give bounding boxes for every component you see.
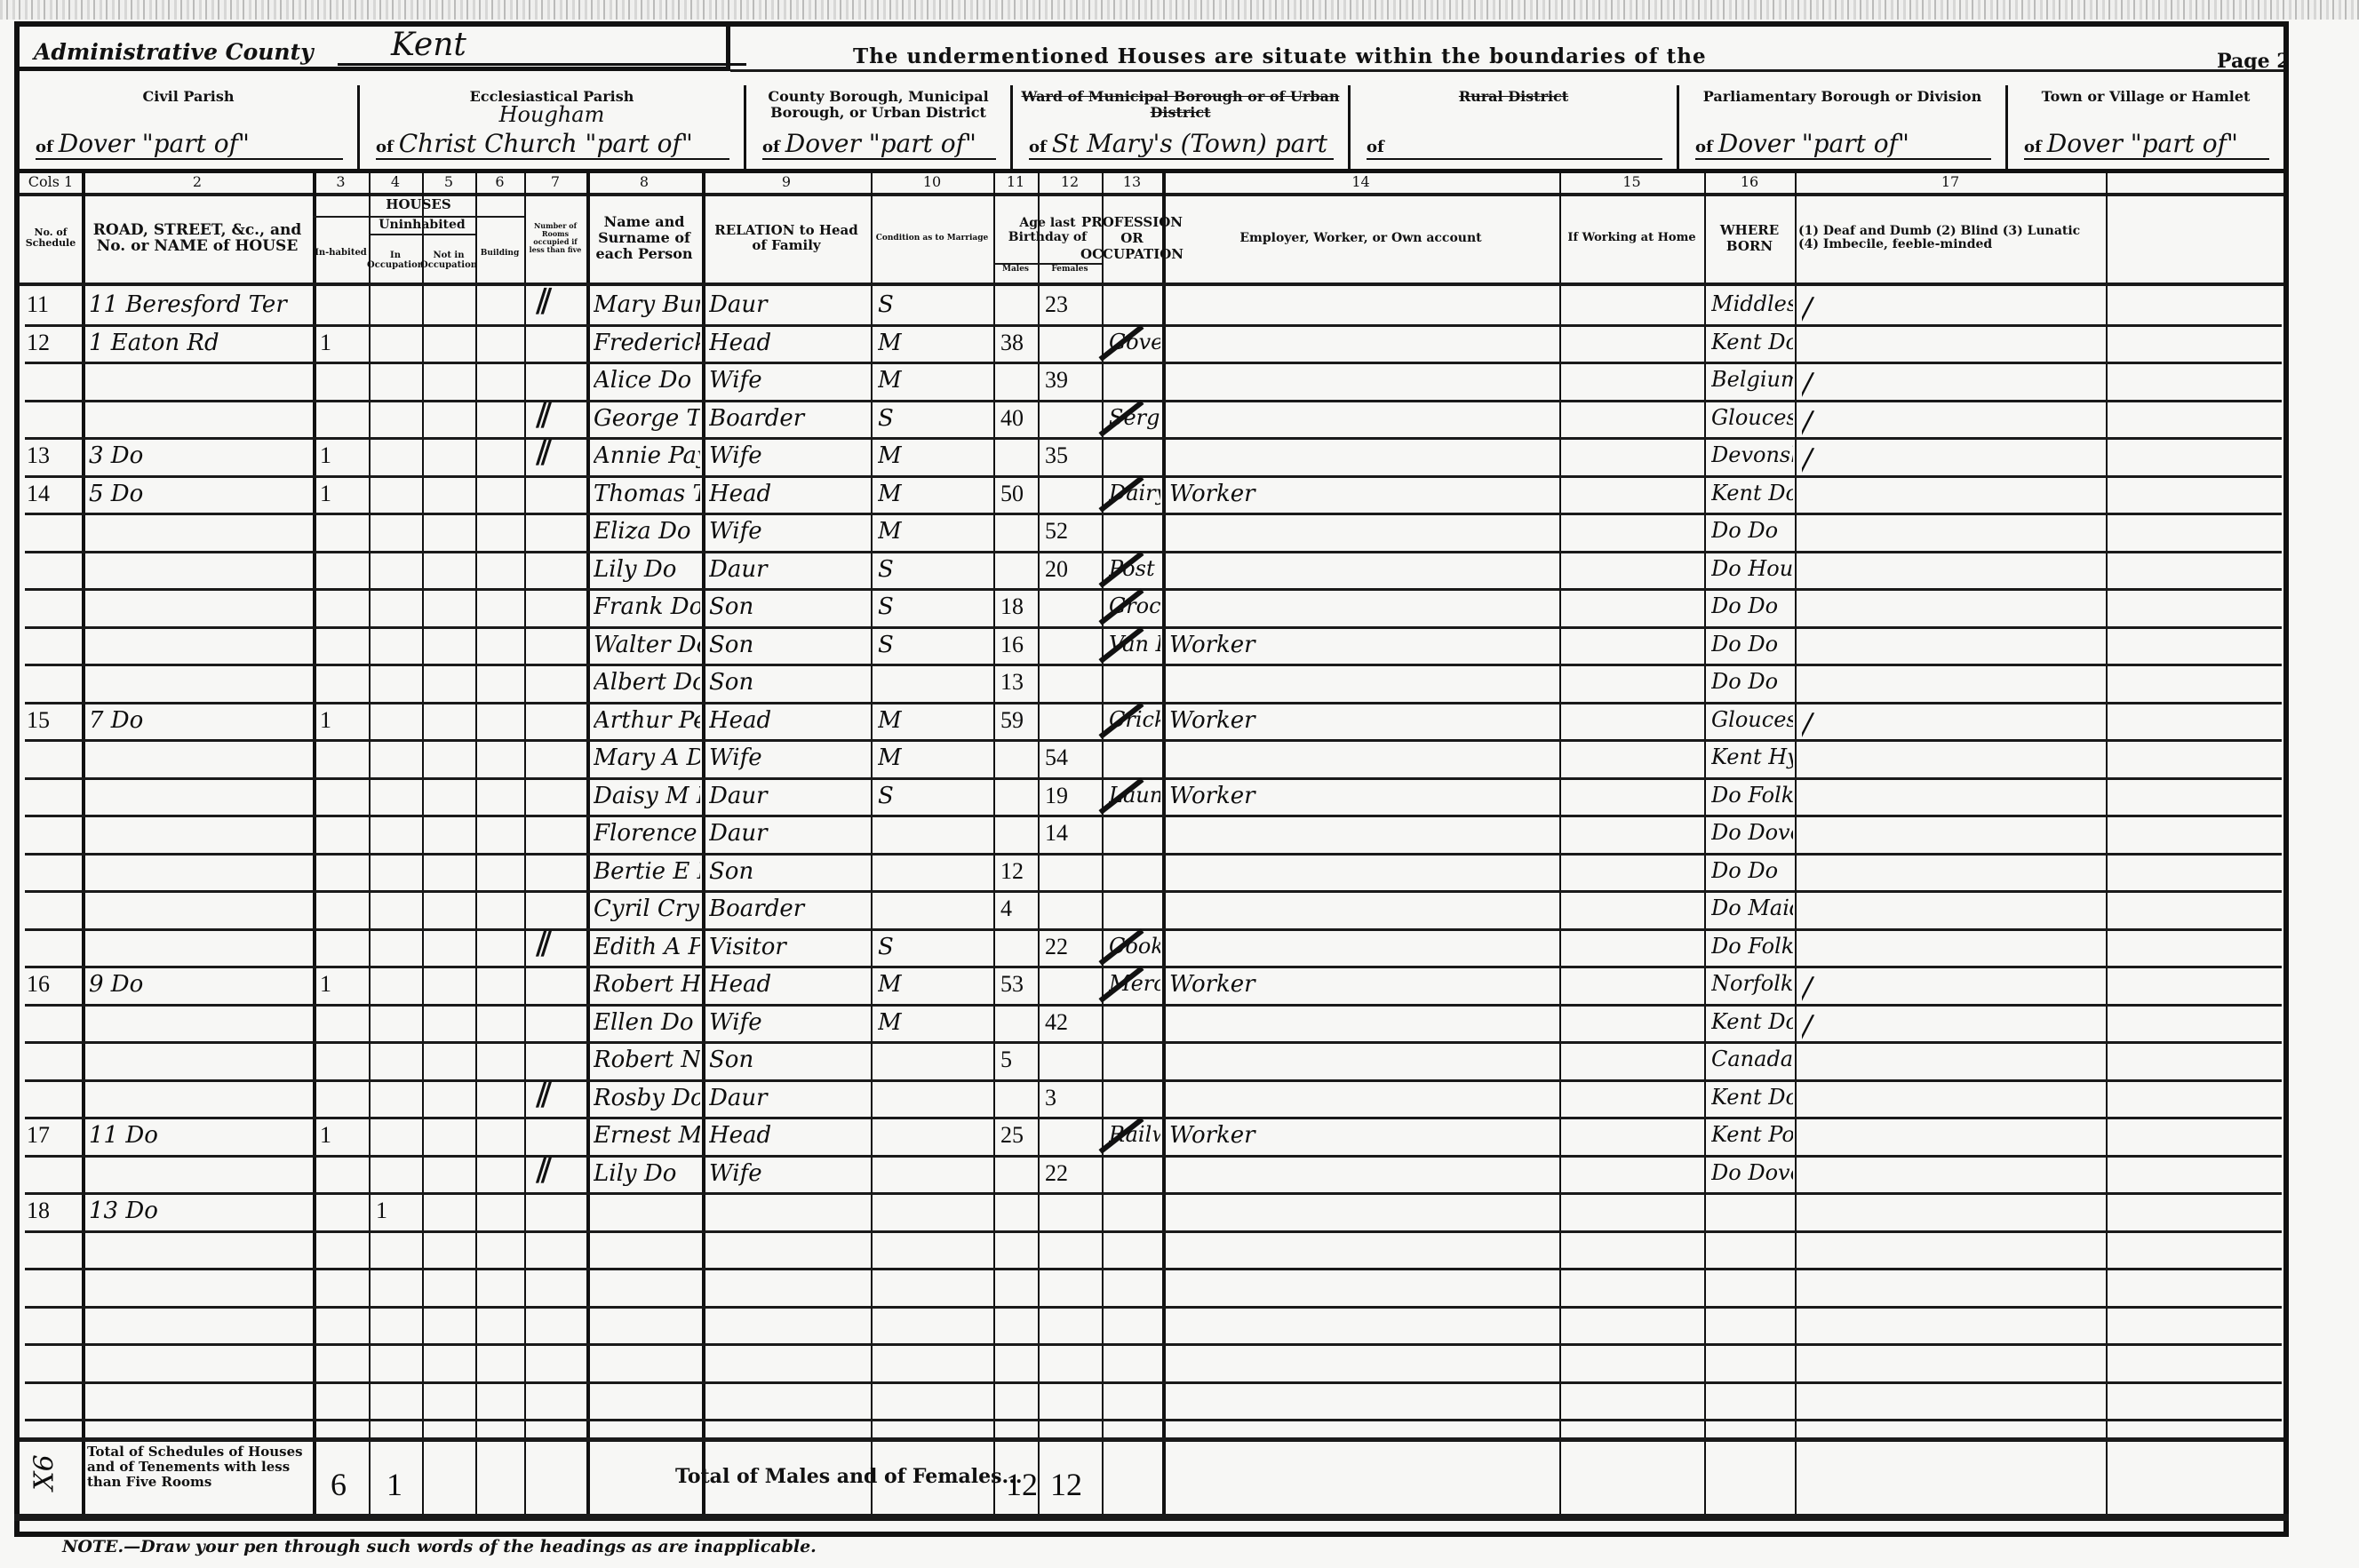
cell-born: Belgium (English Subject) [1711,367,1793,392]
cell-relation: Wife [709,367,869,394]
cell-relation: Son [709,1047,869,1073]
totals-schedules-label: Total of Schedules of Houses and of Tene… [87,1445,306,1490]
cell-relation: Wife [709,518,869,545]
table-row: Albert DoSon13Do Do [20,664,2283,702]
cell-relation: Wife [709,1160,869,1187]
cell-age-m: 4 [1000,895,1036,922]
cell-name: Frank Do [594,593,700,620]
district-value: ofDover "part of" [762,129,996,160]
cell-inhabited: 1 [320,1122,367,1149]
table-row: 1813 Do1 [20,1192,2283,1230]
col-rooms-header: Number of Rooms occupied if less than fi… [524,195,586,281]
table-row: Lily DoDaurS20Post Office Clerk Civ SDo … [20,551,2283,589]
cell-born: Kent Poulton [1711,1122,1793,1147]
cell-relation: Daur [709,820,869,847]
cell-employment: Worker [1169,632,1558,658]
cell-infirmity: / [1802,971,2104,1007]
col-inhabited-header: In-habited [313,223,369,283]
cell-condition: M [878,330,992,356]
district-value: ofDover "part of" [36,129,343,160]
cell-born: Norfolk Kings Lynn [1711,971,1793,996]
district-label: Ward of Municipal Borough or of Urban Di… [1013,89,1348,121]
cell-age-f: 39 [1045,367,1100,394]
cell-employment: Worker [1169,481,1558,507]
cell-relation: Head [709,707,869,734]
cell-age-m: 25 [1000,1122,1036,1149]
totals-schedule-mark: X6 [29,1454,60,1490]
cell-born: Do Folkestone [1711,783,1793,808]
table-row: Walter DoSonS16Van Driver (Grocers) ComW… [20,626,2283,665]
cell-born: Do Do [1711,632,1793,657]
cell-age-m: 13 [1000,669,1036,696]
table-row: Mary A DoWifeM54Kent Hythe [20,739,2283,777]
cell-relation: Son [709,593,869,620]
cell-name: Eliza Do [594,518,700,545]
cell-inhabited: 1 [320,971,367,998]
uninhabited-rule [369,234,475,235]
cell-name: Mary Burchfield [594,291,700,318]
district-label: County Borough, Municipal Borough, or Ur… [746,89,1010,121]
totals-top-rule [20,1437,2283,1442]
row-rule [25,1343,2282,1346]
table-row: Edith A PearceVisitorS22Cook DomesticDo … [20,928,2283,967]
cell-name: Robert H Curson [594,971,700,998]
of-label: of [376,138,394,156]
table-row: Daisy M DoDaurS19Laundress WashWorkerDo … [20,777,2283,816]
district-value: ofDover "part of" [2024,129,2269,160]
cell-relation: Boarder [709,895,869,922]
cell-infirmity: / [1802,442,2104,478]
cell-schedule: 15 [27,707,80,734]
col-employment-header: Employer, Worker, or Own account [1162,195,1559,281]
cell-schedule: 13 [27,442,80,469]
cell-inhabited: 1 [320,330,367,356]
cell-age-f: 22 [1045,934,1100,960]
cell-employment: Worker [1169,783,1558,809]
cell-condition: M [878,481,992,507]
cell-relation: Boarder [709,405,869,432]
cell-born: Do Do [1711,518,1793,543]
cell-born: Canada [1711,1047,1793,1071]
cell-condition: S [878,291,992,318]
cell-relation: Daur [709,783,869,809]
cell-infirmity: / [1802,1009,2104,1045]
cell-name: Arthur Pearce [594,707,700,734]
cell-address: 5 Do [89,481,311,507]
column-number: 8 [586,173,702,190]
cell-name: Florence Do [594,820,700,847]
of-label: of [2024,138,2042,156]
cell-relation: Wife [709,442,869,469]
cell-relation: Daur [709,291,869,318]
cell-name: Cyril Cryer [594,895,700,922]
cell-condition: S [878,783,992,809]
table-row: Eliza DoWifeM52Do Do [20,513,2283,551]
of-label: of [36,138,53,156]
cell-age-f: 42 [1045,1009,1100,1036]
cell-name: George Tavenor [594,405,700,432]
cell-age-f: 23 [1045,291,1100,318]
table-row: Ellen DoWifeM42Kent Dover/ [20,1004,2283,1042]
district-value-text: St Mary's (Town) part of [1052,129,1334,158]
cell-name: Lily Do [594,1160,700,1187]
district-1: Civil ParishofDover "part of" [20,85,360,171]
table-row: Lily DoWife22Do Dover [20,1155,2283,1193]
district-4: Ward of Municipal Borough or of Urban Di… [1013,85,1351,171]
table-row: Florence DoDaur14Do Dover [20,815,2283,853]
cell-name: Ernest Marsh [594,1122,700,1149]
cell-born: Kent Dover [1711,1085,1793,1110]
cell-age-m: 5 [1000,1047,1036,1073]
cell-born: Do Do [1711,593,1793,618]
scan-edge-noise [0,0,2359,20]
cell-name: Thomas Tunbridge [594,481,700,507]
cell-relation: Wife [709,744,869,771]
cell-name: Alice Do [594,367,700,394]
col-females-header: Females [1038,265,1102,281]
district-value: ofChrist Church "part of" [376,129,729,160]
cell-age-f: 20 [1045,556,1100,583]
cell-condition: M [878,971,992,998]
row-rule [25,1306,2282,1309]
col-address-header: ROAD, STREET, &c., and No. or NAME of HO… [82,195,313,281]
tenement-mark: ⫽ [537,1074,552,1115]
district-3: County Borough, Municipal Borough, or Ur… [746,85,1013,171]
cell-born: Kent Dover [1711,330,1793,354]
of-label: of [762,138,780,156]
district-value: ofDover "part of" [1695,129,1991,160]
cell-schedule: 14 [27,481,80,507]
district-value-text: Dover "part of" [59,129,250,158]
table-row: Alice DoWifeM39Belgium (English Subject)… [20,362,2283,400]
tenement-mark: ⫽ [537,281,552,322]
col-not-in-occupation-header: Not in Occupation [422,237,475,283]
column-number: 17 [1795,173,2106,190]
district-value-text: Dover "part of" [2047,129,2238,158]
cell-inhabited: 1 [320,442,367,469]
tenement-mark: ⫽ [537,432,552,473]
district-annotation: Hougham [360,105,744,124]
cell-born: Do Maidstone [1711,895,1793,920]
row-rule [25,1419,2282,1421]
col-houses-header: HOUSES [313,196,524,216]
col-where-born-header: WHERE BORN [1704,195,1795,281]
col-occupation-header: PROFESSION OR OCCUPATION [1102,195,1162,281]
col-schedule-header: No. of Schedule [20,195,82,281]
totals-bottom-rule [14,1514,2289,1521]
cell-born: Do Folkestone [1711,934,1793,959]
cell-condition: S [878,934,992,960]
cell-condition: S [878,593,992,620]
cell-name: Bertie E Do [594,858,700,885]
district-6: Parliamentary Borough or DivisionofDover… [1679,85,2008,171]
cell-born: Do Hougham [1711,556,1793,581]
banner-rule [730,69,2283,72]
district-label: Civil Parish [20,89,357,105]
cell-inhabited: 1 [320,481,367,507]
cell-relation: Head [709,1122,869,1149]
cell-condition: S [878,632,992,658]
column-number: 11 [993,173,1038,190]
column-number: 15 [1559,173,1704,190]
cell-address: 13 Do [89,1198,311,1224]
cell-condition: M [878,744,992,771]
table-row: 169 Do1Robert H CursonHeadM53Mercantile … [20,966,2283,1004]
district-value: of [1367,129,1662,160]
cell-inhabited: 1 [320,707,367,734]
of-label: of [1029,138,1047,156]
district-value-text: Dover "part of" [785,129,976,158]
cell-infirmity: / [1802,405,2104,441]
col-at-home-header: If Working at Home [1559,195,1704,281]
cell-age-m: 16 [1000,632,1036,658]
cell-relation: Daur [709,556,869,583]
cell-relation: Son [709,632,869,658]
cell-age-f: 54 [1045,744,1100,771]
col-males-header: Males [993,265,1038,281]
column-number: 6 [475,173,524,190]
table-row: Frank DoSonS18Grocers Clerk C.C.Do Do [20,588,2283,626]
boundaries-banner: The undermentioned Houses are situate wi… [853,44,1707,68]
district-label: Parliamentary Borough or Division [1679,89,2005,105]
cell-condition: M [878,442,992,469]
cell-born: Gloucestershire Bristol [1711,405,1793,430]
cell-age-m: 59 [1000,707,1036,734]
cell-employment: Worker [1169,707,1558,734]
table-row: 157 Do1Arthur PearceHeadM59Cricket groun… [20,702,2283,740]
cell-name: Mary A Do [594,744,700,771]
of-label: of [1695,138,1713,156]
cell-schedule: 12 [27,330,80,356]
district-label: Town or Village or Hamlet [2008,89,2283,105]
cell-born: Kent Hythe [1711,744,1793,769]
cell-schedule: 18 [27,1198,80,1224]
cell-age-m: 18 [1000,593,1036,620]
column-number: 9 [702,173,871,190]
admin-county-label: Administrative County [34,39,314,65]
cell-employment: Worker [1169,971,1558,998]
column-number: 5 [422,173,475,190]
cell-address: 11 Beresford Ter [89,291,311,318]
cell-schedule: 16 [27,971,80,998]
cell-condition: M [878,367,992,394]
table-row: Rosby DoDaur3Kent Dover [20,1079,2283,1118]
table-row: Robert N DoSon5Canada [20,1041,2283,1079]
cell-age-f: 52 [1045,518,1100,545]
cell-name: Ellen Do [594,1009,700,1036]
cell-born: Gloucestershire Fairford [1711,707,1793,732]
totals-females: 12 [1050,1466,1082,1503]
totals-males: 12 [1006,1466,1038,1503]
cell-relation: Daur [709,1085,869,1111]
cell-employment: Worker [1169,1122,1558,1149]
cell-schedule: 17 [27,1122,80,1149]
cell-address: 9 Do [89,971,311,998]
tenement-mark: ⫽ [537,1150,552,1190]
cell-age-f: 19 [1045,783,1100,809]
cell-relation: Son [709,669,869,696]
cell-infirmity: / [1802,367,2104,402]
admin-county-value: Kent [338,27,746,66]
cell-born: Do Dover [1711,1160,1793,1185]
footnote-text: NOTE.—Draw your pen through such words o… [62,1537,817,1556]
totals-inhabited: 6 [331,1466,347,1503]
table-row: George TavenorBoarderS40Sergt Major Roya… [20,400,2283,438]
column-number: Cols 1 [20,173,82,190]
tenement-mark: ⫽ [537,394,552,435]
cell-age-f: 14 [1045,820,1100,847]
cell-address: 7 Do [89,707,311,734]
cell-born: Do Do [1711,669,1793,694]
col-infirmity-header: (1) Deaf and Dumb (2) Blind (3) Lunatic … [1795,195,2106,281]
column-number: 13 [1102,173,1162,190]
cell-name: Walter Do [594,632,700,658]
cell-address: 3 Do [89,442,311,469]
cell-address: 1 Eaton Rd [89,330,311,356]
cell-infirmity: / [1802,707,2104,743]
cell-condition: M [878,707,992,734]
cell-condition: M [878,1009,992,1036]
table-row: 1711 Do1Ernest MarshHead25Railway Porter… [20,1117,2283,1155]
cell-name: Daisy M Do [594,783,700,809]
cell-name: Frederick Watson [594,330,700,356]
footnote: NOTE.—Draw your pen through such words o… [62,1537,817,1556]
table-row: Bertie E DoSon12Do Do [20,853,2283,891]
cell-condition: M [878,518,992,545]
cell-address: 11 Do [89,1122,311,1149]
cell-name: Robert N Do [594,1047,700,1073]
cell-age-f: 35 [1045,442,1100,469]
row-rule [25,1268,2282,1270]
cell-relation: Visitor [709,934,869,960]
col-name-header: Name and Surname of each Person [586,195,702,281]
column-number: 2 [82,173,313,190]
cell-name: Edith A Pearce [594,934,700,960]
cell-age-m: 53 [1000,971,1036,998]
cell-condition: S [878,405,992,432]
cell-uninhabited: 1 [376,1198,420,1224]
cell-name: Albert Do [594,669,700,696]
cell-born: Do Do [1711,858,1793,883]
district-value: ofSt Mary's (Town) part of [1029,129,1334,160]
cell-name: Lily Do [594,556,700,583]
column-number: 3 [313,173,369,190]
cell-relation: Head [709,481,869,507]
district-7: Town or Village or HamletofDover "part o… [2008,85,2283,171]
district-5: Rural Districtof [1351,85,1679,171]
column-number: 10 [871,173,993,190]
district-label: Rural District [1351,89,1677,105]
census-page: Administrative County Kent The underment… [0,0,2359,1568]
table-row: 133 Do1Annie PayWifeM35Devonshire Plymou… [20,437,2283,475]
table-row: 1111 Beresford TerMary BurchfieldDaurS23… [20,286,2283,324]
col-condition-header: Condition as to Marriage [871,195,993,281]
col-uninhabited-header: Uninhabited [369,218,475,234]
totals-uninhabited: 1 [387,1466,402,1503]
column-number: 12 [1038,173,1102,190]
cell-name: Annie Pay [594,442,700,469]
cell-age-f: 22 [1045,1160,1100,1187]
cell-born: Kent Dover [1711,1009,1793,1034]
column-rule [2283,173,2287,1519]
col-building-header: Building [475,223,524,283]
cell-born: Kent Dover [1711,481,1793,505]
cell-age-m: 50 [1000,481,1036,507]
of-label: of [1367,138,1384,156]
totals-males-females-label: Total of Males and of Females... [675,1469,1023,1484]
cell-name: Rosby Do [594,1085,700,1111]
cell-condition: S [878,556,992,583]
column-number: 14 [1162,173,1559,190]
cell-age-m: 12 [1000,858,1036,885]
cell-born: Devonshire Plymouth [1711,442,1793,467]
cell-relation: Son [709,858,869,885]
district-value-text: Dover "part of" [1718,129,1909,158]
table-row: 121 Eaton Rd1Frederick WatsonHeadM38Gove… [20,324,2283,362]
cell-born: Middlesex Edmonton [1711,291,1793,316]
district-value-text: Christ Church "part of" [399,129,693,158]
cell-age-f: 3 [1045,1085,1100,1111]
cell-born: Do Dover [1711,820,1793,845]
col-in-occupation-header: In Occupation [369,237,422,283]
cell-relation: Wife [709,1009,869,1036]
column-number: 7 [524,173,586,190]
cell-age-m: 38 [1000,330,1036,356]
district-2: Ecclesiastical ParishHoughamofChrist Chu… [360,85,746,171]
column-number: 16 [1704,173,1795,190]
column-number: 4 [369,173,422,190]
cell-age-m: 40 [1000,405,1036,432]
tenement-mark: ⫽ [537,923,552,964]
row-rule [25,1381,2282,1384]
table-row: Cyril CryerBoarder4Do Maidstone [20,890,2283,928]
cell-relation: Head [709,971,869,998]
table-row: 145 Do1Thomas TunbridgeHeadM50Dairyman M… [20,475,2283,513]
col-relation-header: RELATION to Head of Family [702,195,871,281]
cell-schedule: 11 [27,291,80,318]
cell-relation: Head [709,330,869,356]
row-rule [25,1230,2282,1233]
cell-infirmity: / [1802,291,2104,327]
